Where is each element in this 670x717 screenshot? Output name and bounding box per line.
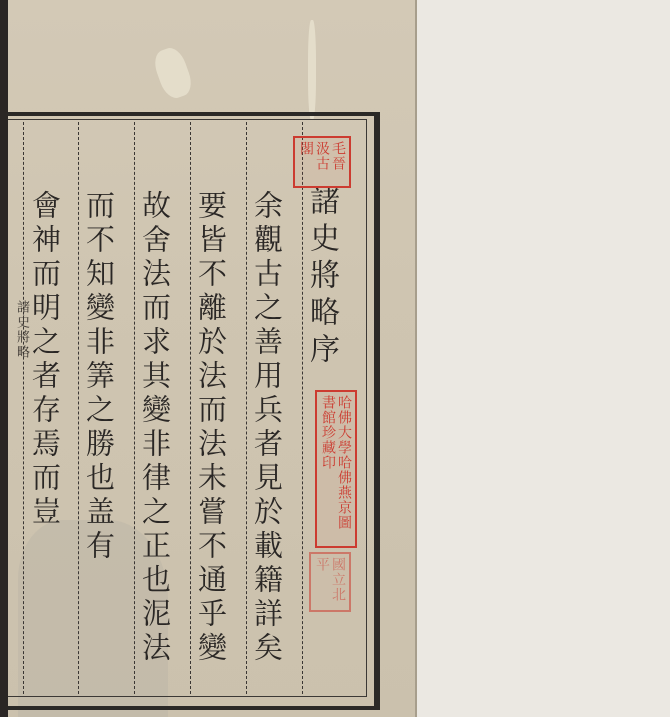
text-column-3: 故舍法而求其變非律之正也泥法 [138,190,172,666]
column-rule [246,122,247,694]
collector-seal-top: 毛晉汲古閣 [293,136,351,188]
column-rule [190,122,191,694]
column-rule [23,122,24,694]
blank-facing-page [417,0,670,717]
water-stain [150,44,195,101]
text-column-2: 要皆不離於法而法未嘗不通乎變 [194,190,228,666]
column-rule [78,122,79,694]
column-rule [134,122,135,694]
text-column-5: 會神而明之者存焉而豈 [28,190,62,530]
book-binding-edge [0,0,8,717]
harvard-yenching-library-seal: 哈佛大學哈佛燕京圖書館珍藏印 [315,390,357,548]
collector-seal-bottom: 國立北平 [309,552,351,612]
preface-title: 諸史將略序 [304,185,338,370]
water-stain [308,20,316,120]
column-rule [302,122,303,694]
text-column-4: 而不知變非筭之勝也盖有 [82,190,116,564]
text-column-1: 余觀古之善用兵者見於載籍詳矣 [250,190,284,666]
